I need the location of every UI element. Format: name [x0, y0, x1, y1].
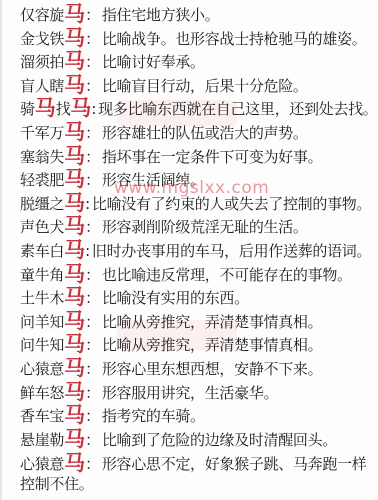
separator: ：	[85, 407, 100, 425]
idiom-row: 溜须拍马：比喻讨好奉承。	[20, 50, 376, 74]
idiom-prefix: 悬崖勒	[20, 431, 64, 449]
idiom-meaning: 比喻从旁推究，弄清楚事情真相。	[102, 336, 323, 354]
idiom-meaning: 比喻盲目行动，后果十分危险。	[102, 77, 308, 95]
highlight-char: 马	[64, 285, 85, 309]
idiom-row: 鲜车怒马：形容服用讲究，生活豪华。	[20, 381, 376, 405]
idiom-meaning: 指考究的车骑。	[102, 407, 205, 425]
idiom-middle: 找	[56, 100, 71, 118]
separator: ：	[85, 218, 100, 236]
idiom-prefix: 素车白	[20, 242, 64, 260]
highlight-char: 马	[64, 191, 85, 215]
idiom-meaning: 指坏事在一定条件下可变为好事。	[102, 148, 323, 166]
idiom-row: 土牛木马：比喻没有实用的东西。	[20, 286, 376, 310]
idiom-meaning: 形容服用讲究，生活豪华。	[102, 384, 278, 402]
separator: ：	[85, 336, 100, 354]
idiom-prefix: 塞翁失	[20, 148, 64, 166]
separator: :	[85, 195, 90, 213]
idiom-meaning: 形容生活阔绰。	[102, 171, 205, 189]
idiom-row: 问羊知马：比喻从旁推究，弄清楚事情真相。	[20, 310, 376, 334]
idiom-prefix: 童牛角	[20, 266, 64, 284]
highlight-char: 马	[70, 96, 91, 120]
idiom-meaning: 比喻没有实用的东西。	[102, 289, 249, 307]
idiom-prefix: 脱缰之	[20, 195, 64, 213]
separator: ：	[85, 360, 100, 378]
idiom-row: 脱缰之马:比喻没有了约束的人或失去了控制的事物。	[20, 192, 376, 216]
separator: ：	[85, 124, 100, 142]
highlight-char: 马	[35, 96, 56, 120]
idiom-prefix: 鲜车怒	[20, 384, 64, 402]
idiom-meaning: 比喻到了危险的边缘及时清醒回头。	[102, 431, 337, 449]
idiom-row: 童牛角马：也比喻违反常理，不可能存在的事物。	[20, 263, 376, 287]
idiom-row: 香车宝马：指考究的车骑。	[20, 404, 376, 428]
idiom-page: 仅容旋马：指住宅地方狭小。 金戈铁马：比喻战争。也形容战士持枪驰马的雄姿。 溜须…	[0, 0, 378, 500]
idiom-prefix: 土牛木	[20, 289, 64, 307]
idiom-row: 金戈铁马：比喻战争。也形容战士持枪驰马的雄姿。	[20, 27, 376, 51]
highlight-char: 马	[64, 262, 85, 286]
separator: :	[85, 242, 90, 260]
separator: ：	[85, 266, 100, 284]
idiom-row: 盲人瞎马：比喻盲目行动，后果十分危险。	[20, 74, 376, 98]
highlight-char: 马	[64, 214, 85, 238]
idiom-prefix: 千军万	[20, 124, 64, 142]
idiom-row: 心猿意马：形容心里东想西想，安静不下来。	[20, 357, 376, 381]
separator: ：	[85, 289, 100, 307]
separator: ：	[85, 6, 100, 24]
highlight-char: 马	[64, 120, 85, 144]
idiom-prefix: 心猿意	[20, 360, 64, 378]
separator: ：	[85, 77, 100, 95]
idiom-prefix: 轻裘肥	[20, 171, 64, 189]
separator: ：	[85, 455, 100, 473]
idiom-meaning: 比喻没有了约束的人或失去了控制的事物。	[92, 195, 371, 213]
idiom-prefix: 金戈铁	[20, 30, 64, 48]
idiom-row: 素车白马:旧时办丧事用的车马，后用作送葬的语词。	[20, 239, 376, 263]
idiom-prefix: 问羊知	[20, 313, 64, 331]
separator: ：	[85, 30, 100, 48]
highlight-char: 马	[64, 427, 85, 451]
highlight-char: 马	[64, 238, 85, 262]
idiom-row: 轻裘肥马：形容生活阔绰。	[20, 168, 376, 192]
highlight-char: 马	[64, 332, 85, 356]
highlight-char: 马	[64, 380, 85, 404]
idiom-row: 千军万马：形容雄壮的队伍或浩大的声势。	[20, 121, 376, 145]
separator: ：	[85, 431, 100, 449]
separator: ：	[85, 384, 100, 402]
idiom-prefix: 香车宝	[20, 407, 64, 425]
idiom-row: 问牛知马：比喻从旁推究，弄清楚事情真相。	[20, 333, 376, 357]
idiom-prefix: 心猿意	[20, 455, 64, 473]
idiom-prefix: 盲人瞎	[20, 77, 64, 95]
highlight-char: 马	[64, 309, 85, 333]
idiom-meaning: 比喻战争。也形容战士持枪驰马的雄姿。	[102, 30, 367, 48]
highlight-char: 马	[64, 2, 85, 26]
idiom-meaning: 形容剥削阶级荒淫无耻的生活。	[102, 218, 308, 236]
idiom-meaning: 形容心里东想西想，安静不下来。	[102, 360, 323, 378]
idiom-meaning: 形容雄壮的队伍或浩大的声势。	[102, 124, 308, 142]
idiom-row: 心猿意马：形容心思不定，好象猴子跳、马奔跑一样控制不住。	[20, 451, 376, 494]
separator: ：	[85, 148, 100, 166]
highlight-char: 马	[64, 73, 85, 97]
idiom-row: 骑马找马:现多比喻东西就在自己这里，还到处去找。	[20, 97, 376, 121]
highlight-char: 马	[64, 49, 85, 73]
idiom-row: 悬崖勒马：比喻到了危险的边缘及时清醒回头。	[20, 428, 376, 452]
idiom-prefix: 问牛知	[20, 336, 64, 354]
highlight-char: 马	[64, 356, 85, 380]
idiom-prefix: 骑	[20, 100, 35, 118]
idiom-meaning: 指住宅地方狭小。	[102, 6, 220, 24]
highlight-char: 马	[64, 167, 85, 191]
idiom-meaning: 旧时办丧事用的车马，后用作送葬的语词。	[92, 242, 371, 260]
idiom-prefix: 溜须拍	[20, 53, 64, 71]
idiom-row: 仅容旋马：指住宅地方狭小。	[20, 3, 376, 27]
highlight-char: 马	[64, 403, 85, 427]
highlight-char: 马	[64, 451, 85, 475]
separator: ：	[85, 313, 100, 331]
idiom-row: 声色犬马：形容剥削阶级荒淫无耻的生活。	[20, 215, 376, 239]
idiom-list: 仅容旋马：指住宅地方狭小。 金戈铁马：比喻战争。也形容战士持枪驰马的雄姿。 溜须…	[20, 3, 376, 494]
idiom-prefix: 声色犬	[20, 218, 64, 236]
idiom-prefix: 仅容旋	[20, 6, 64, 24]
idiom-meaning: 也比喻违反常理，不可能存在的事物。	[102, 266, 352, 284]
idiom-meaning: 比喻讨好奉承。	[102, 53, 205, 71]
idiom-row: 塞翁失马：指坏事在一定条件下可变为好事。	[20, 145, 376, 169]
idiom-meaning: 比喻从旁推究，弄清楚事情真相。	[102, 313, 323, 331]
separator: :	[91, 100, 96, 118]
highlight-char: 马	[64, 26, 85, 50]
separator: ：	[85, 171, 100, 189]
separator: ：	[85, 53, 100, 71]
highlight-char: 马	[64, 144, 85, 168]
idiom-meaning: 现多比喻东西就在自己这里，还到处去找。	[98, 100, 377, 118]
